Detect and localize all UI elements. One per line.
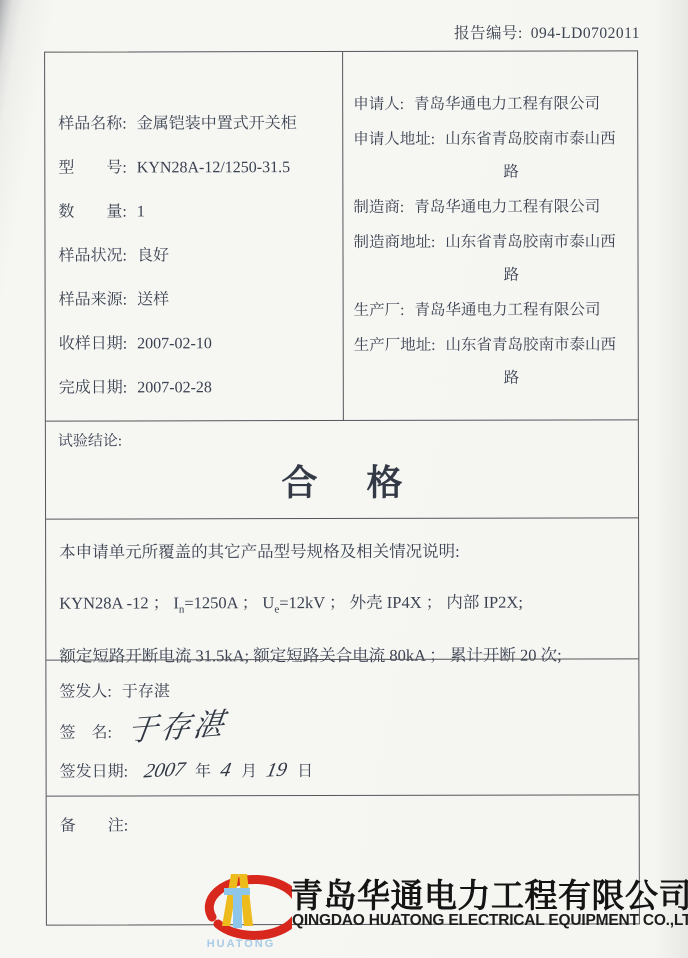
issuer-line: 签发人:于存湛 xyxy=(59,677,628,704)
issue-date-label: 签发日期: xyxy=(60,763,128,780)
quantity-label: 数 量: xyxy=(58,203,126,220)
applicant-line: 申请人:青岛华通电力工程有限公司 xyxy=(353,91,633,114)
sample-info-cell: 样品名称:金属铠装中置式开关柜 型 号:KYN28A-12/1250-31.5 … xyxy=(45,52,344,421)
model-value: KYN28A-12/1250-31.5 xyxy=(137,159,290,176)
report-number-value: 094-LD0702011 xyxy=(531,25,640,42)
signature-row: 签发人:于存湛 签 名:于存湛 签发日期:2007年4月19日 xyxy=(46,658,638,795)
manufacturer-address-value: 山东省青岛胶南市泰山西 xyxy=(445,233,616,250)
report-number-label: 报告编号: xyxy=(454,25,523,42)
condition-line: 样品状况:良好 xyxy=(58,242,336,266)
source-line: 样品来源:送样 xyxy=(59,286,337,310)
issuer-label: 签发人: xyxy=(59,683,111,700)
applicant-label: 申请人: xyxy=(353,96,404,113)
handwritten-year: 2007 xyxy=(143,758,188,783)
model-line: 型 号:KYN28A-12/1250-31.5 xyxy=(58,154,336,178)
condition-label: 样品状况: xyxy=(58,247,126,264)
handwritten-month: 4 xyxy=(219,759,234,783)
applicant-info-cell: 申请人:青岛华通电力工程有限公司 申请人地址:山东省青岛胶南市泰山西 路 制造商… xyxy=(343,51,638,420)
coverage-specs-line: KYN28A -12 ； In=1250A ； Ue=12kV ； 外壳 IP4… xyxy=(59,588,628,615)
complete-date-label: 完成日期: xyxy=(59,379,127,396)
manufacturer-line: 制造商:青岛华通电力工程有限公司 xyxy=(353,194,633,217)
quantity-value: 1 xyxy=(137,203,145,220)
report-number: 报告编号:094-LD0702011 xyxy=(454,21,640,43)
source-label: 样品来源: xyxy=(59,291,127,308)
factory-address-block: 生产厂地址:山东省青岛胶南市泰山西 路 xyxy=(354,332,634,388)
coverage-row: 本申请单元所覆盖的其它产品型号规格及相关情况说明: KYN28A -12 ； I… xyxy=(46,517,638,659)
conclusion-value: 合 格 xyxy=(46,454,638,506)
factory-address-label: 生产厂地址: xyxy=(354,337,436,354)
sample-name-value: 金属铠装中置式开关柜 xyxy=(137,115,297,132)
receive-date-line: 收样日期:2007-02-10 xyxy=(59,330,337,354)
applicant-address-block: 申请人地址:山东省青岛胶南市泰山西 路 xyxy=(353,126,633,182)
receive-date-value: 2007-02-10 xyxy=(137,335,212,352)
condition-value: 良好 xyxy=(137,247,169,264)
month-char: 月 xyxy=(241,763,257,780)
source-value: 送样 xyxy=(137,291,169,308)
factory-address-value: 山东省青岛胶南市泰山西 xyxy=(445,336,616,353)
model-label: 型 号: xyxy=(58,159,126,176)
logo-wordmark: HUATONG xyxy=(196,938,286,950)
manufacturer-address-label: 制造商地址: xyxy=(353,234,435,251)
applicant-value: 青岛华通电力工程有限公司 xyxy=(414,95,600,112)
remark-label: 备 注: xyxy=(60,817,128,834)
handwritten-signature: 于存湛 xyxy=(127,715,229,742)
issuer-value: 于存湛 xyxy=(122,683,170,700)
complete-date-line: 完成日期:2007-02-28 xyxy=(59,374,337,398)
applicant-address-value: 山东省青岛胶南市泰山西 xyxy=(445,130,616,147)
factory-address-wrap: 路 xyxy=(354,365,634,388)
company-footer: HUATONG 青岛华通电力工程有限公司 QINGDAO HUATONG ELE… xyxy=(0,858,688,958)
complete-date-value: 2007-02-28 xyxy=(137,379,212,396)
company-name-cn: 青岛华通电力工程有限公司 xyxy=(290,870,670,917)
factory-value: 青岛华通电力工程有限公司 xyxy=(414,301,600,318)
factory-label: 生产厂: xyxy=(354,302,405,319)
signature-line: 签 名:于存湛 xyxy=(59,717,628,744)
manufacturer-address-block: 制造商地址:山东省青岛胶南市泰山西 路 xyxy=(353,229,633,285)
manufacturer-address-wrap: 路 xyxy=(354,262,634,285)
receive-date-label: 收样日期: xyxy=(59,335,127,352)
huatong-logo-icon: HUATONG xyxy=(182,862,292,956)
manufacturer-value: 青岛华通电力工程有限公司 xyxy=(414,198,600,215)
year-char: 年 xyxy=(195,763,211,780)
quantity-line: 数 量:1 xyxy=(58,198,336,222)
applicant-address-label: 申请人地址: xyxy=(353,131,435,148)
handwritten-day: 19 xyxy=(265,759,290,783)
sample-name-line: 样品名称:金属铠装中置式开关柜 xyxy=(58,110,336,134)
info-row: 样品名称:金属铠装中置式开关柜 型 号:KYN28A-12/1250-31.5 … xyxy=(45,51,638,420)
signature-label: 签 名: xyxy=(59,724,111,741)
company-name-en: QINGDAO HUATONG ELECTRICAL EQUIPMENT CO.… xyxy=(292,912,672,930)
factory-line: 生产厂:青岛华通电力工程有限公司 xyxy=(354,297,634,320)
day-char: 日 xyxy=(297,763,313,780)
manufacturer-label: 制造商: xyxy=(353,199,404,216)
issue-date-line: 签发日期:2007年4月19日 xyxy=(60,757,629,784)
conclusion-row: 试验结论: 合 格 xyxy=(46,419,638,518)
applicant-address-wrap: 路 xyxy=(353,159,633,182)
coverage-heading: 本申请单元所覆盖的其它产品型号规格及相关情况说明: xyxy=(59,537,628,562)
conclusion-label: 试验结论: xyxy=(58,429,122,450)
sample-name-label: 样品名称: xyxy=(58,115,126,132)
scanned-test-report-page: 报告编号:094-LD0702011 样品名称:金属铠装中置式开关柜 型 号:K… xyxy=(0,0,688,958)
report-table: 样品名称:金属铠装中置式开关柜 型 号:KYN28A-12/1250-31.5 … xyxy=(44,50,640,925)
